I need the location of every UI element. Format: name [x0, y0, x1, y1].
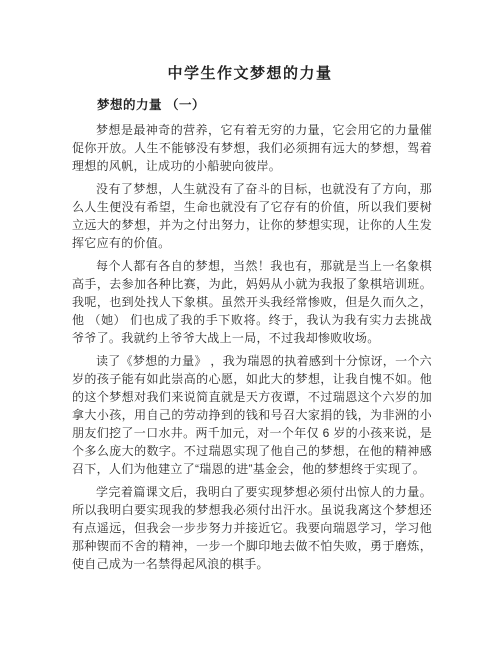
paragraph: 每个人都有各自的梦想，当然！我也有，那就是当上一名象棋高手，去参加各种比赛，为此… [72, 257, 432, 347]
document-page: 中学生作文梦想的力量 梦想的力量 （一） 梦想是最神奇的营养，它有着无穷的力量，… [0, 0, 500, 648]
paragraph: 读了《梦想的力量》 ，我为瑞恩的执着感到十分惊讶，一个六岁的孩子能有如此崇高的心… [72, 352, 432, 478]
paragraph: 没有了梦想，人生就没有了奋斗的目标，也就没有了方向，那么人生便没有希望，生命也就… [72, 180, 432, 252]
paragraph: 梦想是最神奇的营养，它有着无穷的力量，它会用它的力量催促你开放。人生不能够没有梦… [72, 121, 432, 175]
document-body: 梦想的力量 （一） 梦想是最神奇的营养，它有着无穷的力量，它会用它的力量催促你开… [72, 96, 432, 573]
document-title: 中学生作文梦想的力量 [0, 64, 500, 83]
section-heading: 梦想的力量 （一） [72, 96, 432, 114]
paragraph: 学完着篇课文后，我明白了要实现梦想必须付出惊人的力量。所以我明白要实现我的梦想我… [72, 483, 432, 573]
